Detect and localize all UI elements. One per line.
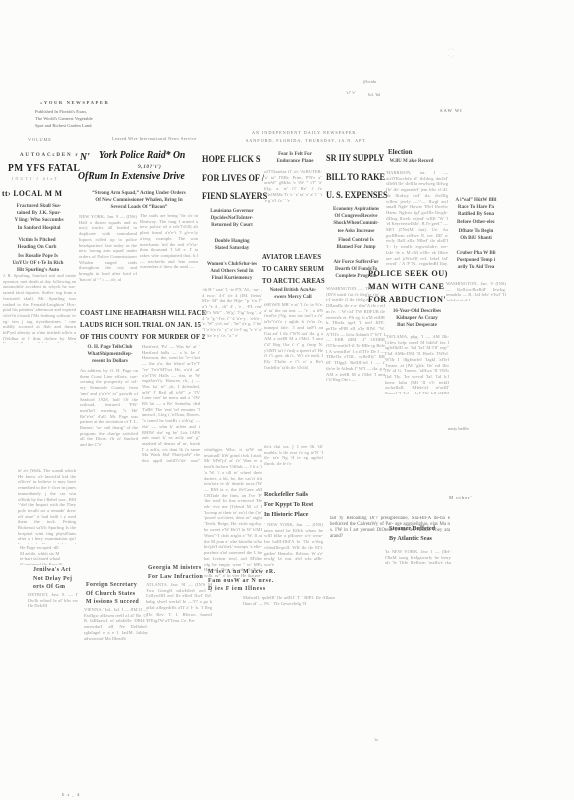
- text-line: Published In Florida's Exan,: [35, 109, 145, 116]
- text-line: Spot and Richest Garden Land.: [35, 123, 145, 130]
- text-line: BILL TO RAKE: [326, 168, 388, 187]
- article-body-maxwell: MaIweII. quIeIII' IIe arIII.I' 'I' ' RIP…: [243, 595, 335, 623]
- article-body-slayers-2: whirligjes Whs: it ta'W an tesatradl' It…: [204, 447, 262, 531]
- article-body-election: 'HARRISON, tat. I — acffTRacrIeIa tI' tI…: [386, 170, 448, 266]
- article-body-abduction: 'TSI'LAMA, pkg. 'I — AM IIk- CrIew help:…: [385, 334, 449, 394]
- text-line: WhatShipmentsRep-: [83, 351, 136, 358]
- text-line: Several Loads Of “Bacon”: [81, 204, 197, 211]
- masthead-tagline: Published In Florida's Exan,The World's …: [35, 109, 145, 129]
- headline-supply-bill: SR IIY SUPPLYBILL TO RAKEU. S. EXPENSES: [326, 149, 388, 205]
- headline-justice-act: Jenilwa's ActNot Delay Pejorts Of Gm: [33, 566, 72, 592]
- text-line: Women's ClubSrlur-ies: [204, 261, 261, 268]
- headline-rockefeller-sails: Rockefeller SailsFor Kpypt To RestIn His…: [264, 490, 313, 520]
- text-line: orts Of Gm: [33, 583, 72, 592]
- deck-make-record: W.ilU M ake Record: [390, 158, 447, 164]
- text-line: Flood Control Is: [329, 237, 382, 244]
- masthead-dateline: SANFORD, FLORIDA, THURSDAY, JA.N. APT: [246, 138, 366, 143]
- deck-rosalie-pope: Iss Rosalie Pope IsUnYUr OF t-Te In Rich…: [7, 253, 70, 275]
- pencil-mark-a: 's!' 'e': [346, 90, 355, 95]
- text-line: DpcidesNotToInter-: [204, 215, 261, 222]
- article-body-rockefeller: ' NEW YORK, Jan. — (INS) tatea natel be …: [264, 522, 323, 572]
- text-line: Double Hanging: [204, 238, 259, 245]
- article-body-raid-right: The raids are being ''de a'e in Beatway.…: [140, 213, 198, 306]
- text-line: Before Other-elec: [448, 219, 503, 226]
- text-line: 16-Year-Old Describes: [387, 308, 448, 315]
- article-body-endurance: aJTTkatelaa t'l' a'e 'ArBUTER: 'a' ta'' …: [264, 169, 322, 249]
- deck-flood-control: Flood Control IsBlamed For Jump: [329, 237, 382, 251]
- article-body-kiwanis: An address by O. H. Page on them Coast L…: [80, 368, 138, 463]
- article-body-binns: TIe Rev. T. I. BIwws. bareaI 'D'EigI'W a…: [146, 612, 212, 624]
- text-line: Y ling: Who Succumbs: [7, 217, 72, 224]
- text-line: tained By J.K. Spur-: [7, 210, 72, 217]
- text-line: HARSH WILL FACE: [142, 307, 206, 319]
- text-line: Kidnaper As Crazy: [387, 315, 448, 322]
- text-line: FIEND SLAYERS: [202, 187, 267, 206]
- article-body-aviator: tSR'tWE MR' e at' 'l t'e. ta %'e. a' ta'…: [264, 302, 323, 440]
- article-body-raid-left: NEW YORK, Jan. 9 — (INS) Half a dozen sq…: [79, 214, 137, 306]
- headline-fiend-slayers: HOPE FLICK SFOR LIVES OF /FIEND SLAYERS: [202, 150, 267, 206]
- pencil-mark-bottom: £ s ˛ 4: [62, 792, 80, 797]
- text-line: Dfhate To Begin: [450, 228, 501, 235]
- text-line: MAN WITH CANE: [368, 280, 448, 293]
- headline-raid-ghost: 9,10?'t'): [138, 164, 161, 170]
- text-line: Race To Hare Pa: [448, 204, 503, 211]
- text-line: Heading On Curb: [7, 244, 68, 251]
- headline-police-seek-man: POLICE SEEK OU)MAN WITH CANEFOR ABDUCTIO…: [368, 267, 448, 306]
- text-line: FOR ABDUCTION': [368, 293, 448, 306]
- deck-debate-begin: Dfhate To BeginOh BiU Shanti: [450, 228, 501, 242]
- text-line: U. S. EXPENSES: [326, 186, 388, 205]
- text-line: Cruber Pha W Bli: [448, 250, 503, 257]
- text-line: O. H. Page TellsClub: [83, 344, 136, 351]
- article-body-pact: WASHINGTON, Jan. 9 (INS) — KeIIwa-BrrRdI…: [446, 281, 506, 301]
- headline-proves-fatal: PM YFS FATAL: [8, 163, 80, 174]
- text-line: TRIAL ON JAN. 15: [142, 319, 206, 331]
- text-line: Fear Is Felt For: [267, 151, 322, 158]
- text-line: Not Delay Pej: [33, 575, 72, 584]
- text-line: Blamed For Jump: [329, 244, 382, 251]
- masthead-wire-service: Leased Wire International News Service: [112, 136, 197, 141]
- text-line: SR IIY SUPPLY: [326, 149, 388, 168]
- deck-womens-clubs: Women's ClubSrlur-iesAnd Others Send InF…: [204, 261, 261, 283]
- text-line: A i“eal” HütW flBl: [448, 197, 503, 204]
- deck-pact-ratified: A i“eal” HütW flBlRace To Hare PaRatifie…: [448, 197, 503, 226]
- deck-victim-pitched: Victim Is PitchedHeading On Curb: [7, 237, 68, 251]
- text-line: POLICE SEEK OU): [368, 267, 448, 280]
- deck-kidnaper-crazy: 16-Year-Old DescribesKidnaper As CrazyBu…: [387, 308, 448, 330]
- text-line: HOPE FLICK S: [202, 150, 267, 169]
- article-body-steamer: 'Ia NEW YORK. Jaw. I — (IIrI- I'RaM sawg…: [385, 549, 451, 567]
- deck-postponed: Cruber Pha W BliPostponed Temp iarily To…: [448, 250, 503, 272]
- text-line: arily To Aid Trea: [448, 264, 503, 271]
- text-line: Steamer Buffeted: [389, 524, 435, 534]
- pencil-mark-b: lid. 'lid: [368, 92, 380, 97]
- text-line: Of New Commissioner Whalen, Bring In: [81, 197, 197, 204]
- text-line: tee Asks Increase: [328, 228, 383, 235]
- deck-endurance-plane: Fear Is Felt ForEndurance Plane: [267, 151, 322, 165]
- text-line: Slated Saturday: [204, 245, 259, 252]
- deck-economy-aspirations: Economy AspirationsOf CongressReceiveSho…: [328, 206, 383, 235]
- headline-miss-maxwell: M iss A nn M axw eR.Fam ousW ar N urse.D…: [208, 568, 276, 594]
- headline-raid-line1: York Police Raid* On: [99, 149, 185, 161]
- text-line: Noted British AcnAn-: [265, 287, 320, 294]
- text-line: Fractured Skull Sus-: [7, 203, 72, 210]
- text-line: resent In Dollars: [83, 358, 136, 365]
- masthead-volume: VOLUME: [28, 137, 52, 142]
- text-line: COAST LINE HEAD: [80, 307, 144, 319]
- text-line: M iss A nn M axw eR.: [208, 568, 276, 577]
- headline-coast-line: COAST LINE HEADLAUDS RICH SOILOF THIS CO…: [80, 307, 144, 342]
- article-body-spurling: J. R. Spurling, Sanford real and estate …: [3, 273, 76, 343]
- text-line: M issions S ucceed: [86, 598, 139, 607]
- article-body-supply: WASHINGTON — THE 'tat i (IN'S teattI t'a…: [326, 286, 385, 458]
- deck-strong-arm-squad: “Strong Arm Squad,” Acting Under OrdersO…: [81, 190, 197, 212]
- deck-mercy-call: Noted British AcnAn-swers Mercy Call: [265, 287, 320, 301]
- text-line: In Sanford Hospital: [7, 225, 72, 232]
- pencil-note-mother: M other': [449, 495, 473, 500]
- text-line: D ies F iem Illness: [208, 585, 276, 594]
- text-line: FOR LIVES OF /: [202, 169, 267, 188]
- deck-double-hanging: Double HangingSlated Saturday: [204, 238, 259, 252]
- text-line: Oh BiU Shanti: [450, 235, 501, 242]
- continued-note: He Page escaped -dllM aettle, whkh six M…: [20, 545, 76, 565]
- article-body-aviator-2: tle'a tIat wa. j' I eee IIt 'tIt' mathla…: [264, 444, 323, 488]
- text-line: UnYUr OF t-Te In Rich: [7, 260, 70, 267]
- pencil-mark-is: 'is: [374, 737, 378, 742]
- pencil-note-saw-wi: SAW WI: [440, 108, 463, 113]
- text-line: Rockefeller Sails: [264, 490, 313, 500]
- text-line: In Historic Place: [264, 510, 313, 520]
- text-line: Foreign Secretary: [86, 581, 139, 590]
- article-body-spurling-2: te' a'e (Welk. The scandi which He knew …: [18, 468, 76, 544]
- text-line: Economy Aspirations: [328, 206, 383, 213]
- headline-harsh-trial: HARSH WILL FACETRIAL ON JAN. 15FOR MURDE…: [142, 307, 206, 342]
- text-line: Iss Rosalie Pope Is: [7, 253, 70, 260]
- article-body-vienna: VIENNA.' IaI.. IaI. I — IIM II — FarIIgw…: [84, 607, 148, 643]
- text-line: For Kpypt To Rest: [264, 500, 313, 510]
- text-line: TO CARRY SERUM: [262, 263, 325, 275]
- deck-fractured-skull: Fractured Skull Sus-tained By J.K. Spur-…: [7, 203, 72, 232]
- deck-page-tells-club: O. H. Page TellsClubWhatShipmentsRep-res…: [83, 344, 136, 366]
- text-line: Ratified By Sena: [448, 211, 503, 218]
- text-line: For Law Infraction: [148, 573, 203, 582]
- pencil-note-florida: fllorida: [363, 79, 376, 84]
- pencil-note-nasty: nasty baffle.: [448, 426, 470, 431]
- deck-louisiana-governor: Louisiana GovernorDpcidesNotToInter-Retu…: [204, 208, 261, 230]
- text-line: OF THIS COUNTY: [80, 331, 144, 343]
- article-body-harsh: Hartford, 'Ps! — Was he' at' ' Hartford …: [142, 344, 200, 464]
- text-line: And Others Send In: [204, 268, 261, 275]
- text-line: Of CongressReceive: [328, 213, 383, 220]
- text-line: Fam ousW ar N urse.: [208, 577, 276, 586]
- headline-aviator-serum: AVIATOR LEAVESTO CARRY SERUMTO ARCTIC AR…: [262, 251, 325, 286]
- headline-foreign-secretary: Foreign SecretaryOf Church StatesM issio…: [86, 581, 139, 607]
- text-line: Postponed Temp i: [448, 257, 503, 264]
- text-line: Victim Is Pitched: [7, 237, 68, 244]
- pencil-mark-dots-2: ˙ · ˙: [448, 54, 455, 59]
- article-body-slayers: -th B-'' sate' 'l, -te P'X 'AL, -au- , 4…: [202, 287, 262, 445]
- masthead-kicker: «YOUR NEWSPAPER: [40, 100, 109, 105]
- article-body-detroit: DETROIT, Jaw. 9. — I' IIwIk reIawI Ie aI…: [28, 592, 78, 610]
- text-line: Louisiana Governor: [204, 208, 261, 215]
- article-body-atlanta: ATLANTA. Jaw. 9I — (IN'S M Twa GeargII m…: [146, 582, 212, 610]
- text-line: LAUDS RICH SOIL: [80, 319, 144, 331]
- text-line: Of Church States: [86, 590, 139, 599]
- headline-georgia-ministers: Georgia M inistersFor Law Infraction: [148, 564, 203, 581]
- kicker-auto-accident: AUTOACcDEN r: [20, 153, 79, 158]
- headline-local-man: tt› LOCAL M M: [2, 188, 62, 198]
- text-line: Endurance Plane: [267, 158, 322, 165]
- text-line: ShockWhenCommit-: [328, 220, 383, 227]
- headline-steamer-buffeted: Steamer BuffetedBy Atlantic Seas: [389, 524, 435, 544]
- text-line: The World's Greatest Vegetable: [35, 116, 145, 123]
- headline-raid-line2: OfRum In Extensive Drive: [78, 170, 185, 182]
- pencil-mark-dots: · ˙ ·: [448, 47, 455, 52]
- text-line: Georgia M inisters: [148, 564, 203, 573]
- text-line: Returned By Court: [204, 222, 261, 229]
- text-line: Air Force SuffersFor: [328, 259, 383, 266]
- text-line: (Continued On Page 8): [20, 562, 76, 565]
- text-line: Jenilwa's Act: [33, 566, 72, 575]
- headline-election: Election: [388, 148, 413, 156]
- masthead-independent: AN INDEPENDENT DAILY NEWSPAPER.: [252, 130, 358, 135]
- headline-raid-overline: N': [80, 151, 90, 163]
- text-line: By Atlantic Seas: [389, 534, 435, 544]
- text-line: AVIATOR LEAVES: [262, 251, 325, 263]
- text-line: swers Mercy Call: [265, 294, 320, 301]
- text-line: “Strong Arm Squad,” Acting Under Orders: [81, 190, 197, 197]
- text-line: Final Kurtiemency: [204, 275, 261, 282]
- text-line: FOR MURDER OF 2: [142, 331, 206, 343]
- headline-ghost-overprint: INUTI'J hIzT: [12, 176, 59, 181]
- text-line: But Not Desperate: [387, 322, 448, 329]
- newspaper-page: · ˙ · ˙ · ˙ fllorida 's!' 'e' lid. 'lid …: [0, 0, 574, 800]
- text-line: TO ARCTIC AREAS: [262, 275, 325, 287]
